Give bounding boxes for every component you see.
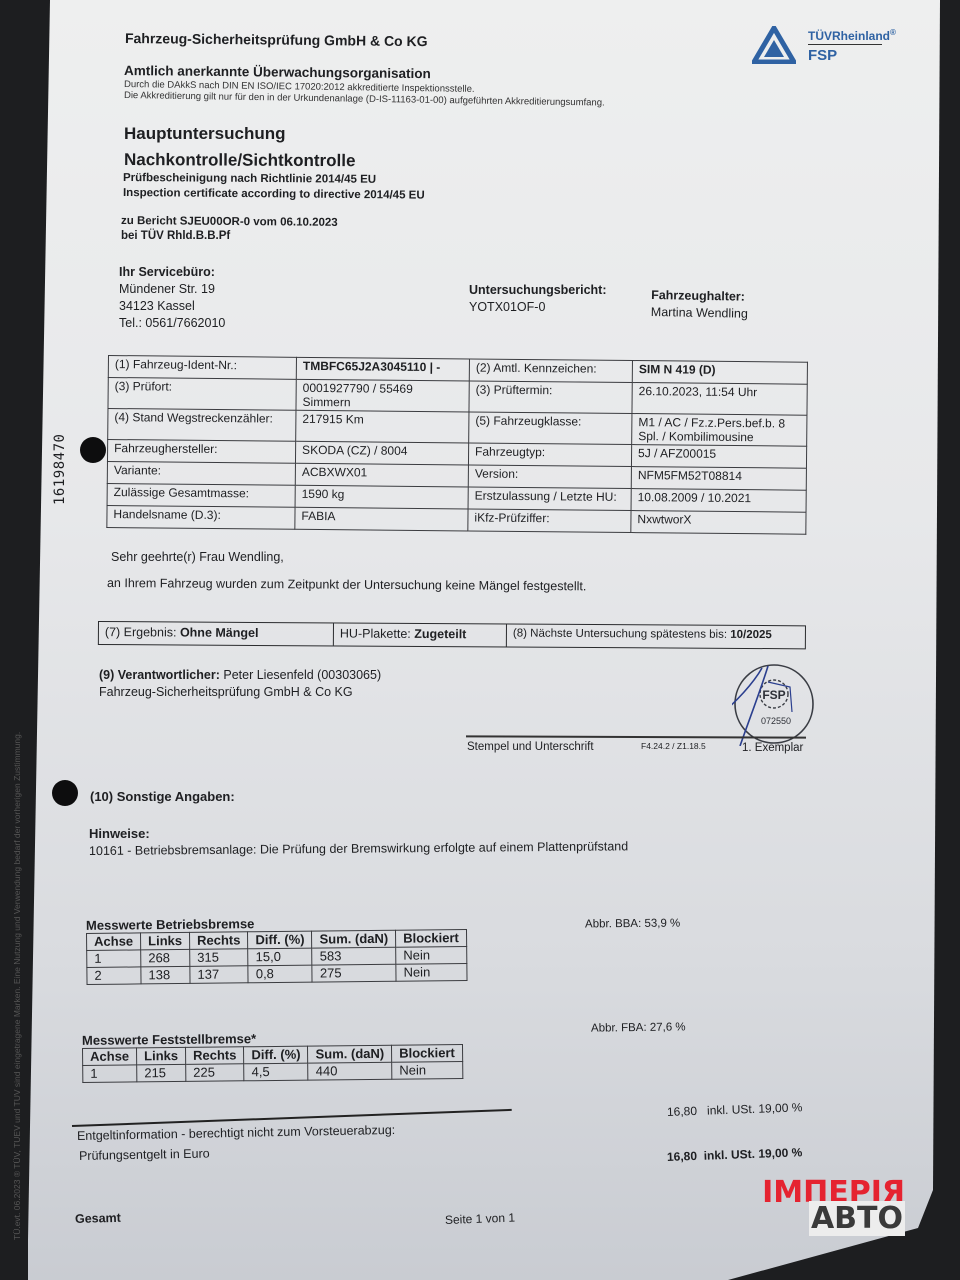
vehicle-holder: Fahrzeughalter: Martina Wendling [651, 287, 749, 323]
inspection-report-label: Untersuchungsbericht: [469, 282, 607, 299]
service-office-city: 34123 Kassel [119, 298, 225, 315]
watermark-line-2: АВТО [809, 1201, 905, 1236]
brake-cell: 225 [186, 1064, 245, 1082]
vehicle-field-value: 10.08.2009 / 10.2021 [631, 489, 806, 513]
company-name: Fahrzeug-Sicherheitsprüfung GmbH & Co KG [125, 30, 428, 49]
vehicle-field-value: NFM5FM52T08814 [631, 467, 806, 491]
parking-brake-title: Messwerte Feststellbremse* [82, 1031, 256, 1048]
document-serial: 16198470 [52, 434, 68, 505]
vehicle-field-value: 217915 Km [296, 410, 469, 443]
brake-column-header: Diff. (%) [244, 1046, 308, 1064]
inspection-report: Untersuchungsbericht: YOTX01OF-0 [469, 282, 607, 316]
brake-cell: Nein [396, 964, 467, 982]
service-office-label: Ihr Servicebüro: [119, 264, 225, 281]
report-issuer: bei TÜV Rhld.B.B.Pf [121, 230, 230, 242]
result-cell: (7) Ergebnis: Ohne Mängel [99, 622, 334, 645]
title-de: Prüfbescheinigung nach Richtlinie 2014/4… [123, 172, 376, 186]
title-sub: Nachkontrolle/Sichtkontrolle [124, 150, 356, 171]
vehicle-field-value: ACBXWX01 [295, 463, 468, 487]
brake-cell: 215 [137, 1064, 186, 1082]
brake-cell: 315 [190, 949, 249, 967]
result-bar: (7) Ergebnis: Ohne Mängel HU-Plakette: Z… [98, 621, 806, 649]
svg-text:072550: 072550 [761, 716, 791, 726]
plakette-value: Zugeteilt [414, 627, 466, 641]
brake-column-header: Sum. (daN) [312, 930, 396, 948]
brake-column-header: Diff. (%) [248, 931, 312, 949]
vehicle-field-value: 1590 kg [295, 485, 468, 509]
service-brake-abbr: Abbr. BBA: 53,9 % [585, 918, 680, 931]
vehicle-field-label: Version: [468, 465, 631, 489]
punch-hole [80, 437, 106, 463]
vehicle-field-label: (5) Fahrzeugklasse: [469, 412, 632, 445]
next-inspection-value: 10/2025 [730, 629, 772, 641]
logo-sub: FSP [808, 47, 837, 64]
brake-table-row: 12152254,5440Nein [83, 1062, 463, 1083]
brake-cell: Nein [392, 1062, 463, 1080]
vehicle-field-value: 5J / AFZ00015 [631, 445, 806, 469]
brake-cell: 583 [312, 947, 396, 965]
hints-label: Hinweise: [89, 826, 150, 841]
brake-cell: 275 [312, 964, 396, 982]
greeting: Sehr geehrte(r) Frau Wendling, [111, 550, 284, 564]
vehicle-field-label: iKfz-Prüfziffer: [468, 509, 631, 533]
service-brake-title: Messwerte Betriebsbremse [86, 916, 255, 933]
brake-column-header: Sum. (daN) [308, 1045, 392, 1063]
vehicle-field-value: TMBFC65J2A3045110 | - [296, 357, 469, 381]
vehicle-field-value: SKODA (CZ) / 8004 [295, 441, 468, 465]
brake-column-header: Rechts [189, 932, 248, 950]
vehicle-field-label: Erstzulassung / Letzte HU: [468, 487, 631, 511]
logo-divider [808, 44, 882, 45]
vehicle-field-label: (4) Stand Wegstreckenzähler: [108, 409, 296, 442]
brake-cell: 137 [190, 966, 249, 984]
vehicle-holder-value: Martina Wendling [651, 304, 748, 323]
brake-cell: 440 [308, 1062, 392, 1080]
brake-cell: Nein [396, 947, 467, 965]
other-info-title: (10) Sonstige Angaben: [90, 789, 235, 804]
plakette-cell: HU-Plakette: Zugeteilt [334, 623, 507, 646]
brake-column-header: Blockiert [396, 930, 467, 948]
service-brake-table: AchseLinksRechtsDiff. (%)Sum. (daN)Block… [86, 929, 467, 985]
fsp-stamp-icon: FSP 072550 [732, 662, 816, 746]
svg-text:FSP: FSP [762, 688, 785, 702]
vehicle-field-label: Zulässige Gesamtmasse: [107, 483, 295, 507]
tuv-triangle-icon [752, 26, 796, 64]
vehicle-field-label: Fahrzeugtyp: [468, 443, 631, 467]
parking-brake-abbr: Abbr. FBA: 27,6 % [591, 1021, 686, 1034]
fee-label: Prüfungsentgelt in Euro [79, 1146, 210, 1163]
service-office: Ihr Servicebüro: Mündener Str. 19 34123 … [119, 264, 225, 332]
copy-label: 1. Exemplar [742, 742, 803, 754]
imperia-avto-watermark: ІМПЕРІЯ АВТО [735, 1180, 905, 1237]
brake-cell: 268 [141, 949, 190, 967]
brake-cell: 15,0 [248, 948, 312, 966]
legal-notice: TÜ.evt. 06.2023 ® TÜV, TUEV und TUV sind… [12, 732, 22, 1240]
vehicle-field-value: SIM N 419 (D) [632, 361, 807, 385]
vehicle-field-label: Fahrzeughersteller: [107, 440, 295, 464]
brake-column-header: Links [141, 932, 190, 950]
title-main: Hauptuntersuchung [124, 124, 286, 144]
brake-cell: 2 [87, 967, 141, 985]
brake-column-header: Links [137, 1047, 186, 1065]
brake-column-header: Rechts [185, 1047, 244, 1065]
vehicle-data-table: (1) Fahrzeug-Ident-Nr.:TMBFC65J2A3045110… [106, 355, 808, 535]
next-inspection-cell: (8) Nächste Untersuchung spätestens bis:… [507, 624, 778, 648]
vehicle-field-label: (3) Prüfort: [108, 378, 296, 411]
vehicle-field-label: (1) Fahrzeug-Ident-Nr.: [108, 356, 296, 380]
logo-brand: TÜVRheinland® [808, 28, 896, 43]
tuv-rheinland-logo: TÜVRheinland® FSP [752, 22, 902, 72]
service-office-phone: Tel.: 0561/7662010 [119, 315, 225, 332]
result-value: Ohne Mängel [180, 626, 259, 640]
brake-column-header: Achse [83, 1048, 137, 1066]
vehicle-field-label: Variante: [107, 461, 295, 485]
total-label: Gesamt [75, 1211, 121, 1226]
vehicle-field-value: 0001927790 / 55469 Simmern [296, 379, 469, 412]
responsible-person: (9) Verantwortlicher: Peter Liesenfeld (… [99, 668, 381, 682]
brake-cell: 138 [141, 966, 190, 984]
vehicle-field-label: (2) Amtl. Kennzeichen: [469, 359, 632, 383]
service-office-street: Mündener Str. 19 [119, 281, 225, 298]
inspection-report-value: YOTX01OF-0 [469, 299, 607, 316]
organization-title: Amtlich anerkannte Überwachungsorganisat… [124, 63, 431, 81]
parking-brake-table: AchseLinksRechtsDiff. (%)Sum. (daN)Block… [82, 1044, 463, 1083]
brake-cell: 1 [87, 950, 141, 968]
page-number: Seite 1 von 1 [445, 1211, 516, 1227]
brake-cell: 1 [83, 1065, 137, 1083]
vehicle-field-label: (3) Prüftermin: [469, 381, 632, 414]
report-reference: zu Bericht SJEU00OR-0 vom 06.10.2023 [121, 215, 338, 229]
vehicle-holder-label: Fahrzeughalter: [651, 287, 748, 306]
brake-cell: 0,8 [248, 965, 312, 983]
brake-cell: 4,5 [244, 1063, 308, 1081]
punch-hole [52, 780, 78, 806]
vehicle-field-value: FABIA [295, 507, 468, 531]
vehicle-field-label: Handelsname (D.3): [107, 505, 295, 529]
responsible-company: Fahrzeug-Sicherheitsprüfung GmbH & Co KG [99, 685, 353, 699]
brake-column-header: Blockiert [392, 1045, 463, 1063]
signature-label: Stempel und Unterschrift [467, 741, 594, 753]
vehicle-field-value: M1 / AC / Fz.z.Pers.bef.b. 8 Spl. / Komb… [632, 414, 807, 447]
brake-column-header: Achse [87, 933, 141, 951]
vehicle-field-value: 26.10.2023, 11:54 Uhr [632, 383, 807, 416]
vehicle-field-value: NxwtworX [631, 511, 806, 535]
form-code: F4.24.2 / Z1.18.5 [641, 741, 706, 751]
brake-table-row: 21381370,8275Nein [87, 964, 467, 985]
